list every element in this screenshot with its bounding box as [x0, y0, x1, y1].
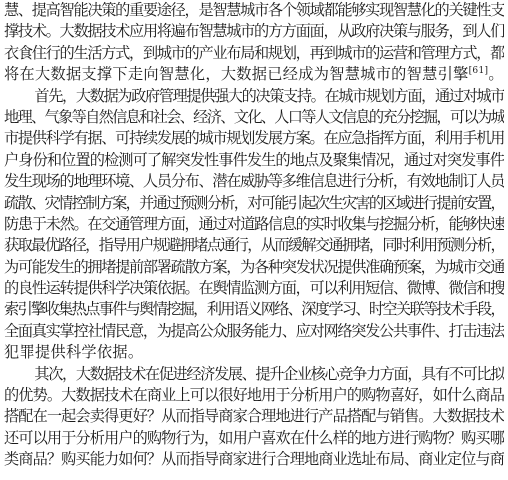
text-line: 的优势。大数据技术在商业上可以很好地用于分析用户的购物喜好，如什么商品 [4, 385, 504, 406]
text-line: 犯罪提供科学依据。 [4, 342, 504, 363]
text-line: 的良性运转提供科学决策依据。在舆情监测方面，可以利用短信、微博、微信和搜 [4, 278, 504, 299]
text-line: 为可能发生的拥堵提前部署疏散方案，为各种突发状况提供准确预案，为城市交通 [4, 257, 504, 278]
text-line: 慧、提高智能决策的重要途径，是智慧城市各个领域都能够实现智慧化的关键性支 [4, 0, 504, 21]
paragraph-government-decision-support: 首先，大数据为政府管理提供强大的决策支持。在城市规划方面，通过对城市 地理、气象… [4, 86, 504, 364]
text-line: 发生现场的地理环境、人员分布、潜在威胁等多维信息进行分析，有效地制订人员 [4, 171, 504, 192]
sentence-end: 。 [488, 65, 504, 83]
paragraph-economic-development: 其次，大数据技术在促进经济发展、提升企业核心竞争力方面，具有不可比拟 的优势。大… [4, 364, 504, 471]
text-line: 地理、气象等自然信息和社会、经济、文化、人口等人文信息的充分挖掘，可以为城 [4, 107, 504, 128]
text-fragment: 将在大数据支撑下走向智慧化，大数据已经成为智慧城市的智慧引擎 [4, 65, 469, 83]
text-line: 户身份和位置的检测可了解突发性事件发生的地点及聚集情况，通过对突发事件 [4, 150, 504, 171]
text-line-with-citation: 将在大数据支撑下走向智慧化，大数据已经成为智慧城市的智慧引擎[61]。 [4, 64, 504, 85]
text-line-indented: 首先，大数据为政府管理提供强大的决策支持。在城市规划方面，通过对城市 [4, 86, 504, 107]
text-line: 撑技术。大数据技术应用将遍布智慧城市的方方面面，从政府决策与服务，到人们 [4, 21, 504, 42]
document-page: 慧、提高智能决策的重要途径，是智慧城市各个领域都能够实现智慧化的关键性支 撑技术… [0, 0, 508, 480]
text-line-indented: 其次，大数据技术在促进经济发展、提升企业核心竞争力方面，具有不可比拟 [4, 364, 504, 385]
paragraph-intro-continuation: 慧、提高智能决策的重要途径，是智慧城市各个领域都能够实现智慧化的关键性支 撑技术… [4, 0, 504, 86]
text-line: 防患于未然。在交通管理方面，通过对道路信息的实时收集与挖掘分析，能够快速 [4, 214, 504, 235]
text-line: 搭配在一起会卖得更好？从而指导商家合理地进行产品搭配与销售。大数据技术 [4, 406, 504, 427]
text-line: 衣食住行的生活方式，到城市的产业布局和规划，再到城市的运营和管理方式，都 [4, 43, 504, 64]
text-line: 获取最优路径，指导用户规避拥堵点通行，从而缓解交通拥堵，同时利用预测分析， [4, 235, 504, 256]
text-line: 全面真实掌控社情民意，为提高公众服务能力、应对网络突发公共事件、打击违法 [4, 321, 504, 342]
citation-reference: [61] [469, 66, 489, 76]
text-line: 疏散、灾情控制方案，并通过预测分析，对可能引起次生灾害的区域进行提前安置， [4, 193, 504, 214]
text-line: 市提供科学有据、可持续发展的城市规划发展方案。在应急指挥方面，利用手机用 [4, 128, 504, 149]
text-line: 索引擎收集热点事件与舆情挖掘，利用语义网络、深度学习、时空关联等技术手段， [4, 299, 504, 320]
text-line: 类商品？购买能力如何？从而指导商家进行合理地商业选址布局、商业定位与商 [4, 449, 504, 470]
text-line: 还可以用于分析用户的购物行为，如用户喜欢在什么样的地方进行购物？购买哪 [4, 428, 504, 449]
